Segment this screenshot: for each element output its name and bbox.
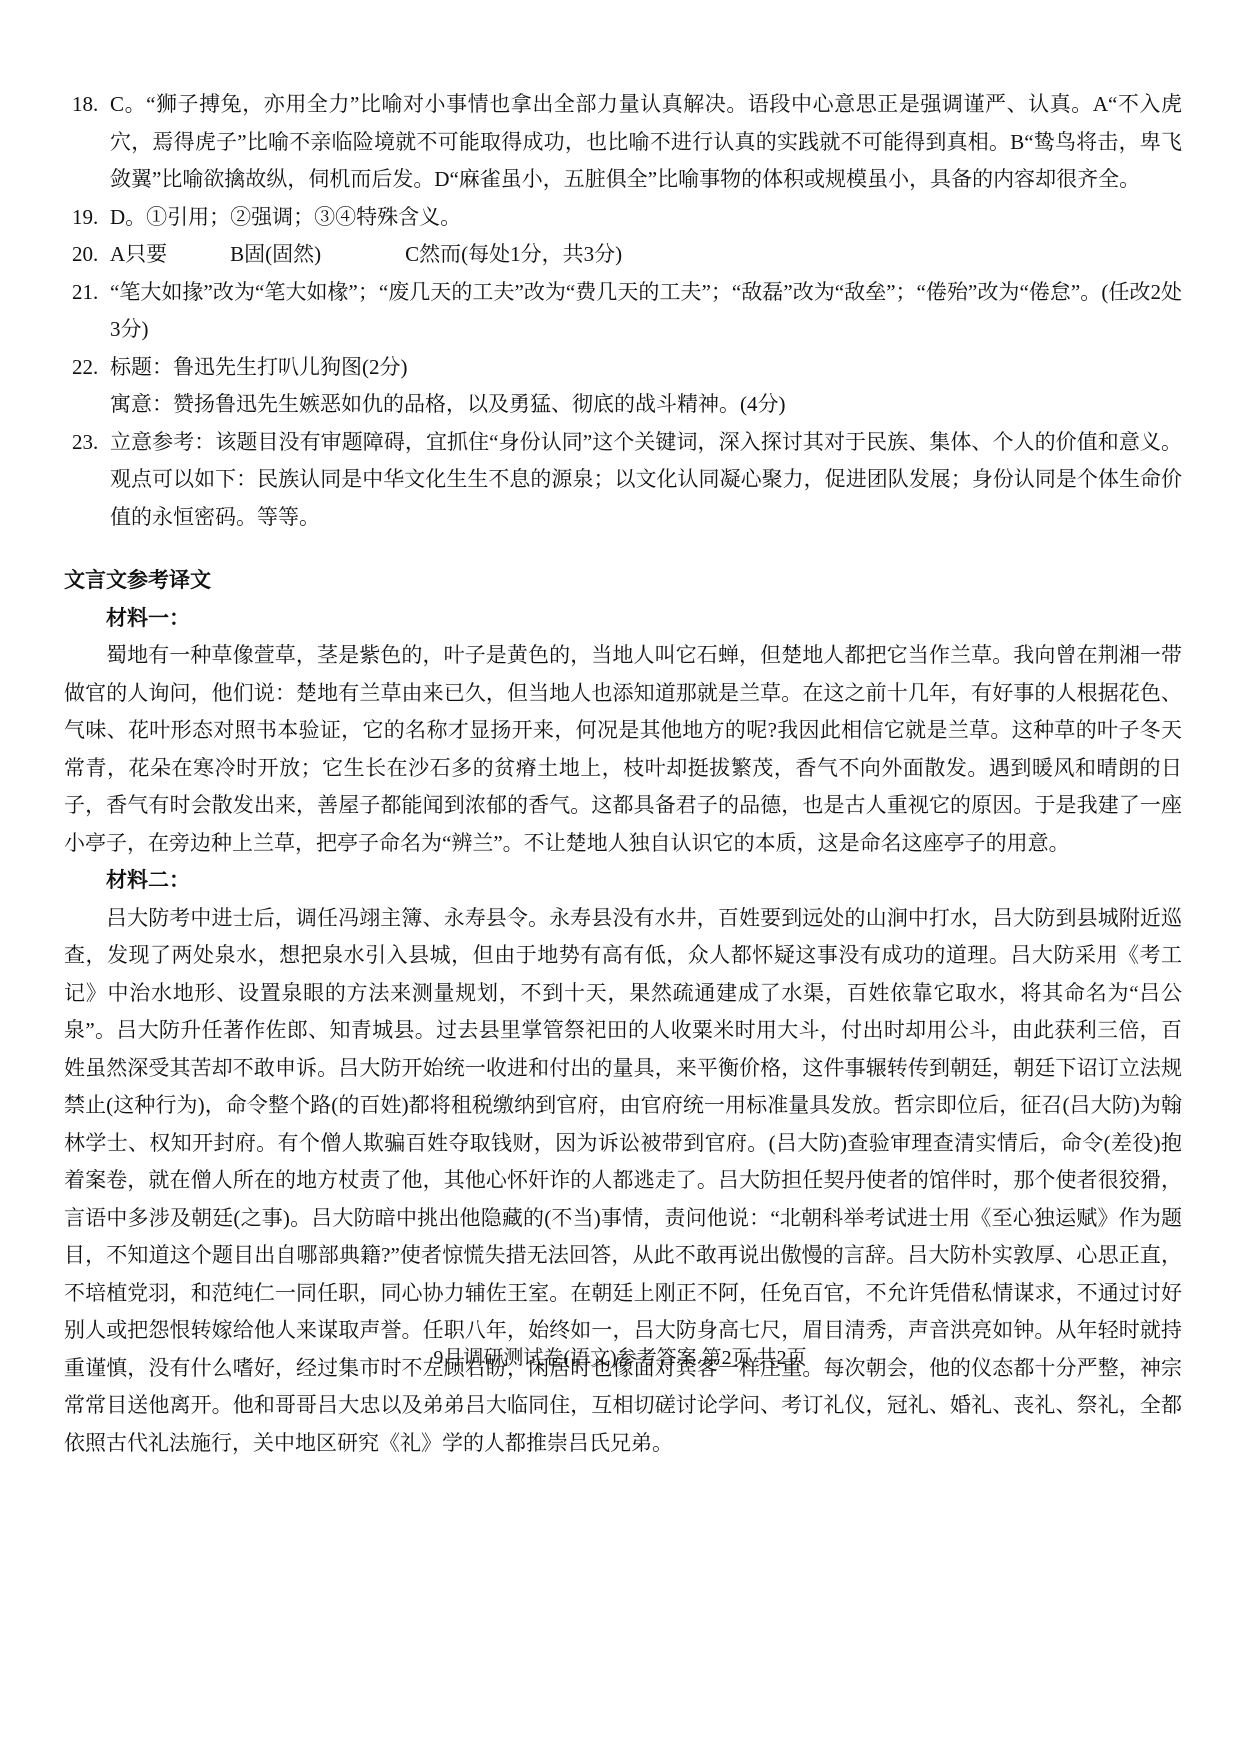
answer-text-18: C。“狮子搏兔，亦用全力”比喻对小事情也拿出全部力量认真解决。语段中心意思正是强… [110,86,1182,199]
answer-item-23: 23. 立意参考：该题目没有审题障碍，宜抓住“身份认同”这个关键词，深入探讨其对… [72,424,1182,537]
item-number-20: 20. [72,236,98,274]
item-number-23: 23. [72,424,98,462]
translation-heading: 文言文参考译文 [64,562,1182,600]
answer-text-19: D。①引用；②强调；③④特殊含义。 [110,199,1182,237]
material-2-text: 吕大防考中进士后，调任冯翊主簿、永寿县令。永寿县没有水井，百姓要到远处的山涧中打… [64,900,1182,1463]
answer-item-19: 19. D。①引用；②强调；③④特殊含义。 [72,199,1182,237]
material-1-block: 材料一： 蜀地有一种草像萱草，茎是紫色的，叶子是黄色的，当地人叫它石蝉，但楚地人… [64,600,1182,863]
answer-item-21: 21. “笔大如掾”改为“笔大如椽”；“废几天的工夫”改为“费几天的工夫”；“敌… [72,274,1182,349]
item-number-19: 19. [72,199,98,237]
translation-section: 文言文参考译文 材料一： 蜀地有一种草像萱草，茎是紫色的，叶子是黄色的，当地人叫… [64,562,1182,1462]
material-1-text: 蜀地有一种草像萱草，茎是紫色的，叶子是黄色的，当地人叫它石蝉，但楚地人都把它当作… [64,637,1182,862]
item-number-21: 21. [72,274,98,312]
answer-item-22: 22. 标题：鲁迅先生打叭儿狗图(2分) 寓意：赞扬鲁迅先生嫉恶如仇的品格，以及… [72,349,1182,424]
material-1-label: 材料一： [64,600,1182,638]
answer-item-18: 18. C。“狮子搏兔，亦用全力”比喻对小事情也拿出全部力量认真解决。语段中心意… [72,86,1182,199]
answer-item-20: 20. A只要 B固(固然) C然而(每处1分，共3分) [72,236,1182,274]
item-number-22: 22. [72,349,98,387]
answer-22-moral-line: 寓意：赞扬鲁迅先生嫉恶如仇的品格，以及勇猛、彻底的战斗精神。(4分) [110,386,1182,424]
answer-text-20: A只要 B固(固然) C然而(每处1分，共3分) [110,236,1182,274]
page-footer: 9月调研测试卷(语文)参考答案 第2页 共2页 [0,1343,1240,1373]
material-2-label: 材料二： [64,862,1182,900]
answer-22-title-line: 标题：鲁迅先生打叭儿狗图(2分) [110,349,1182,387]
answer-text-21: “笔大如掾”改为“笔大如椽”；“废几天的工夫”改为“费几天的工夫”；“敌磊”改为… [110,274,1182,349]
item-number-18: 18. [72,86,98,124]
answer-sheet-page: 18. C。“狮子搏兔，亦用全力”比喻对小事情也拿出全部力量认真解决。语段中心意… [0,0,1240,1753]
answer-text-23: 立意参考：该题目没有审题障碍，宜抓住“身份认同”这个关键词，深入探讨其对于民族、… [110,424,1182,537]
answers-section: 18. C。“狮子搏兔，亦用全力”比喻对小事情也拿出全部力量认真解决。语段中心意… [72,86,1182,536]
